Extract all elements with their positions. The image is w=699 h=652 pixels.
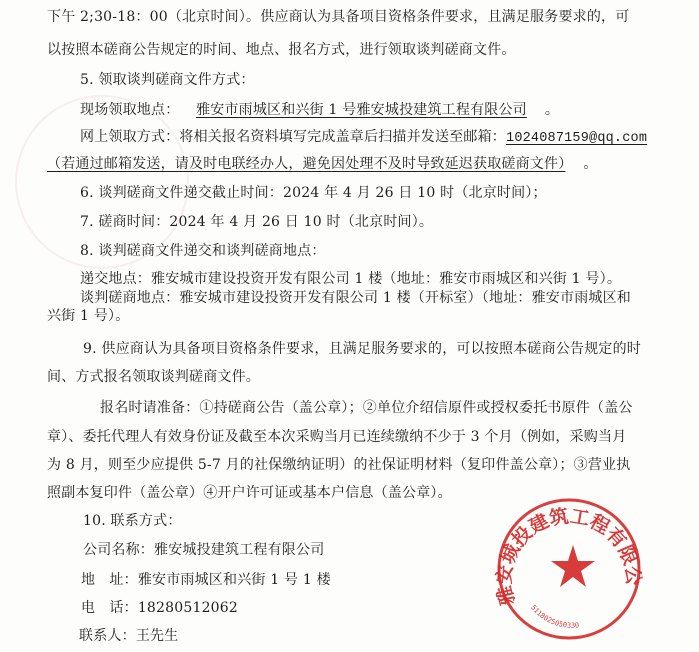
section-9-line-1: 9. 供应商认为具备项目资格条件要求，且满足服务要求的，可以按照本磋商公告规定的… xyxy=(83,340,641,358)
company-name-value: 雅安城投建筑工程有限公司 xyxy=(154,542,324,558)
paragraph-line-2: 以按照本磋商公告规定的时间、地点、报名方式，进行领取谈判磋商文件。 xyxy=(47,41,516,59)
section-10-title: 10. 联系方式： xyxy=(83,512,182,530)
email-note: （若通过邮箱发送，请及时电联经办人，避免因处理不及时导致延迟获取磋商文件） xyxy=(47,156,583,172)
preparation-line-4: 照副本复印件（盖公章）④开户许可证或基本户信息（盖公章）。 xyxy=(47,484,452,502)
section-5-title: 5. 领取谈判磋商文件方式： xyxy=(80,71,255,89)
paragraph-line-1: 下午 2;30-18：00（北京时间）。供应商认为具备项目资格条件要求，且满足服… xyxy=(47,8,629,26)
preparation-line-3: 为 8 月，则至少应提供 5-7 月的社保缴纳证明）的社保证明材料（复印件盖公章… xyxy=(47,456,630,474)
address-label: 地 址： xyxy=(81,572,138,588)
submit-location: 递交地点：雅安城市建设投资开发有限公司 1 楼（地址：雅安市雨城区和兴街 1 号… xyxy=(80,270,621,288)
phone-value: 18280512062 xyxy=(138,600,238,616)
phone-row: 电 话：18280512062 xyxy=(81,599,238,617)
preparation-line-2: 章）、委托代理人有效身份证及截至本次采购当月已连续缴纳不少于 3 个月（例如，采… xyxy=(47,428,626,446)
section-8-title: 8. 谈判磋商文件递交和谈判磋商地点： xyxy=(80,242,326,260)
onsite-pickup-row: 现场领取地点： 雅安市雨城区和兴街 1 号雅安城投建筑工程有限公司。 xyxy=(80,101,559,119)
company-name-row: 公司名称：雅安城投建筑工程有限公司 xyxy=(83,541,324,559)
company-seal-stamp: 雅安城投建筑工程有限公司 5118025050330 xyxy=(487,495,652,645)
email-link[interactable]: 1024087159@qq.com xyxy=(506,131,647,146)
email-note-end: 。 xyxy=(583,156,597,172)
address-row: 地 址：雅安市雨城区和兴街 1 号 1 楼 xyxy=(81,571,331,589)
section-6-deadline: 6. 谈判磋商文件递交截止时间：2024 年 4 月 26 日 10 时（北京时… xyxy=(80,184,547,202)
section-9-line-2: 间、方式报名领取谈判磋商文件。 xyxy=(47,368,260,386)
company-name-label: 公司名称： xyxy=(83,542,154,558)
online-pickup-label: 网上领取方式： xyxy=(80,129,179,145)
seal-text: 雅安城投建筑工程有限公司 xyxy=(487,495,644,607)
contact-person-value: 王先生 xyxy=(136,628,179,644)
negotiation-location-line-2: 兴街 1 号）。 xyxy=(47,307,129,325)
address-value: 雅安市雨城区和兴街 1 号 1 楼 xyxy=(138,572,331,588)
seal-number: 5118025050330 xyxy=(529,604,579,630)
negotiation-location-line-1: 谈判磋商地点：雅安城市建设投资开发有限公司 1 楼（开标室）（地址：雅安市雨城区… xyxy=(80,289,631,307)
online-pickup-row: 网上领取方式：将相关报名资料填写完成盖章后扫描并发送至邮箱：1024087159… xyxy=(80,128,647,148)
onsite-pickup-label: 现场领取地点： xyxy=(80,102,179,118)
contact-person-row: 联系人：王先生 xyxy=(79,627,178,645)
document-page: 下午 2;30-18：00（北京时间）。供应商认为具备项目资格条件要求，且满足服… xyxy=(0,0,699,652)
onsite-pickup-end: 。 xyxy=(545,102,559,118)
email-note-row: （若通过邮箱发送，请及时电联经办人，避免因处理不及时导致延迟获取磋商文件）。 xyxy=(47,155,598,173)
preparation-line-1: 报名时请准备：①持磋商公告（盖公章）；②单位介绍信原件或授权委托书原件（盖公 xyxy=(100,399,633,417)
phone-label: 电 话： xyxy=(81,600,138,616)
contact-person-label: 联系人： xyxy=(79,628,136,644)
section-7-negotiation-time: 7. 磋商时间：2024 年 4 月 26 日 10 时（北京时间）。 xyxy=(80,213,433,231)
onsite-pickup-address: 雅安市雨城区和兴街 1 号雅安城投建筑工程有限公司 xyxy=(196,102,545,118)
star-icon xyxy=(551,545,595,587)
online-pickup-text: 将相关报名资料填写完成盖章后扫描并发送至邮箱： xyxy=(179,129,506,145)
